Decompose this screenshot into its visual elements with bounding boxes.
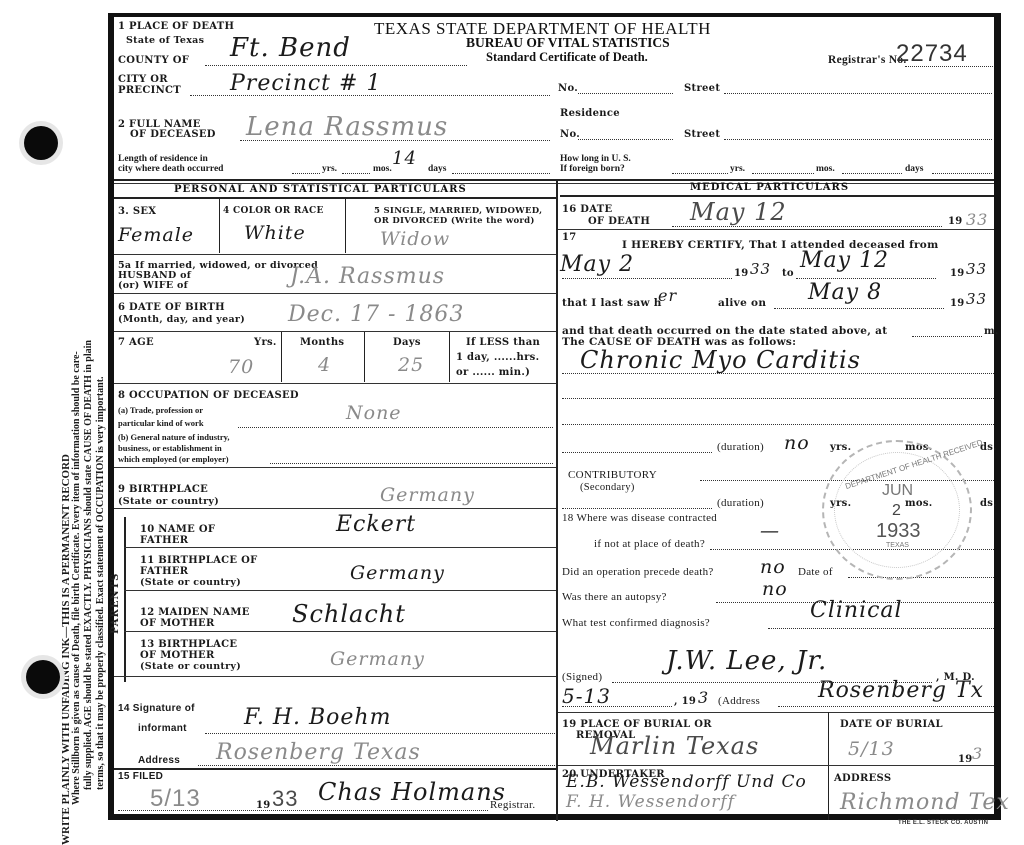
deceased-full-name: Lena Rassmus [246,112,448,142]
parents-label: PARENTS [110,573,121,634]
mother-name-label-1: 12 MAIDEN NAME [140,607,250,618]
city-street-label: Street [684,83,720,94]
informant-signature: F. H. Boehm [244,705,391,730]
county-label: COUNTY OF [118,55,189,66]
mother-birthplace-label-2: OF MOTHER [140,650,215,661]
attended-from-year: 33 [750,260,771,278]
form-name: Standard Certificate of Death. [486,50,648,65]
burial-place-label-1: 19 PLACE OF BURIAL OR [562,719,712,730]
age-years-value: 70 [228,356,254,378]
us-label-2: If foreign born? [560,164,625,175]
father-birthplace-value: Germany [350,562,445,584]
father-name-value: Eckert [336,512,416,537]
m-label: m. [984,326,999,337]
punch-hole-bottom [26,660,60,694]
undertaker-address-value: Richmond Tex [840,790,1010,815]
burial-year: 3 [972,744,983,763]
duration-value: no [784,432,810,454]
registrar-label: Registrar. [490,800,535,811]
physician-sign-date: 5-13 [562,684,611,708]
burial-date-value: 5/13 [848,738,895,760]
occupation-a-label-1: (a) Trade, profession or [118,405,203,416]
contributory-label-2: (Secondary) [580,482,635,493]
residence-label: Residence [560,108,620,119]
race-value: White [244,222,306,244]
autopsy-label: Was there an autopsy? [562,592,667,603]
father-birthplace-label-2: FATHER [140,566,188,577]
filed-year: 33 [272,786,298,812]
city-no-label: No. [558,83,578,94]
stamp-day: 2 [892,502,901,520]
informant-address-label: Address [138,755,180,766]
duration-ds-label-2: ds. [980,498,997,509]
registrar-number: 22734 [896,40,968,68]
us-yrs-label: yrs. [730,164,745,175]
father-name-label-1: 10 NAME OF [140,524,215,535]
spouse-value: J.A. Rassmus [290,264,445,289]
father-birthplace-label-3: (State or country) [140,577,241,588]
attended-to-19: 19 [950,268,965,279]
printer-imprint: THE E.L. STECK CO. AUSTIN [898,820,988,826]
item-17-label: 17 [562,232,577,243]
certify-text: I HEREBY CERTIFY, That I attended deceas… [622,240,939,251]
last-saw-year: 33 [966,290,987,308]
attended-from-19: 19 [734,268,749,279]
bureau-title: BUREAU OF VITAL STATISTICS [466,35,670,51]
dod-year: 33 [966,210,988,229]
residence-mos-value: 14 [392,148,417,169]
age-months-label: Months [300,337,344,348]
age-label: 7 AGE [118,337,154,348]
physician-sign-19: , 19 [674,696,696,707]
margin-instructions: WRITE PLAINLY WITH UNFADING INK—THIS IS … [0,0,108,845]
punch-hole-top [24,126,58,160]
occupation-value: None [346,402,402,424]
full-name-label-2: OF DECEASED [130,129,216,140]
dob-label-2: (Month, day, and year) [118,314,245,325]
mother-birthplace-value: Germany [330,648,425,670]
contracted-label-1: 18 Where was disease contracted [562,513,717,524]
alive-on-label: alive on [718,298,766,309]
contracted-value: — [760,520,780,542]
race-label: 4 COLOR OR RACE [223,206,324,217]
contributory-label-1: CONTRIBUTORY [568,470,657,481]
physician-address-label: (Address [718,696,760,707]
age-days-value: 25 [398,354,424,376]
us-mos-label: mos. [816,164,835,175]
undertaker-address-label: ADDRESS [834,773,891,784]
place-of-death-label: 1 PLACE OF DEATH [118,21,234,32]
dob-value: Dec. 17 - 1863 [288,302,464,327]
last-saw-pronoun: er [658,286,677,305]
occupation-b-label-1: (b) General nature of industry, [118,432,230,443]
to-label: to [782,268,794,279]
stamp-state: TEXAS [886,542,909,549]
mother-name-label-2: OF MOTHER [140,618,215,629]
informant-label-1: 14 Signature of [118,703,195,714]
physician-signature: J.W. Lee, Jr. [666,646,827,676]
date-of-death-value: May 12 [690,198,787,226]
birthplace-label-2: (State or country) [118,496,219,507]
age-yrs-label: Yrs. [254,337,277,348]
residence-yrs-label: yrs. [322,164,337,175]
operation-label: Did an operation precede death? [562,567,714,578]
age-less-label-2: 1 day, ......hrs. [456,352,539,363]
last-saw-19: 19 [950,298,965,309]
city-label-2: PRECINCT [118,85,181,96]
received-stamp: DEPARTMENT OF HEALTH RECEIVED JUN 2 1933… [822,440,972,580]
test-confirmed-value: Clinical [810,598,903,623]
medical-section-title: MEDICAL PARTICULARS [690,182,849,193]
us-days-label: days [905,164,923,175]
column-divider [556,181,558,821]
dod-label-2: OF DEATH [588,216,650,227]
duration-yrs-label-1: yrs. [830,442,851,453]
operation-date-label: Date of [798,567,833,578]
birthplace-label-1: 9 BIRTHPLACE [118,484,208,495]
undertaker-value-1: E.B. Wessendorff Und Co [566,772,807,792]
occupation-b-label-2: business, or establishment in [118,443,222,454]
margin-line-4: terms, so that it may be properly classi… [94,376,107,790]
informant-address-value: Rosenberg Texas [216,740,421,765]
father-birthplace-label-1: 11 BIRTHPLACE OF [140,555,258,566]
burial-19: 19 [958,754,973,765]
mother-maiden-name-value: Schlacht [292,600,406,628]
autopsy-value: no [762,578,788,600]
us-label-1: How long in U. S. [560,154,631,165]
registrar-no-label: Registrar's No. [828,55,907,66]
signed-label: (Signed) [562,672,602,683]
physician-sign-year: 3 [698,688,709,707]
sex-label: 3. SEX [118,206,156,217]
county-value: Ft. Bend [230,33,351,63]
city-label-1: CITY OR [118,74,168,85]
father-name-label-2: FATHER [140,535,188,546]
occupation-label: 8 OCCUPATION OF DECEASED [118,390,299,401]
city-value: Precinct # 1 [230,71,381,96]
burial-date-label: DATE OF BURIAL [840,719,943,730]
age-less-label-3: or ...... min.) [456,367,530,378]
marital-label-2: OR DIVORCED (Write the word) [374,216,535,227]
physician-address-value: Rosenberg Tx [818,678,984,703]
filed-date: 5/13 [150,785,201,813]
mother-birthplace-label-1: 13 BIRTHPLACE [140,639,237,650]
occupation-a-label-2: particular kind of work [118,418,204,429]
sex-value: Female [118,224,194,246]
last-saw-date: May 8 [808,280,882,305]
personal-section-title: PERSONAL AND STATISTICAL PARTICULARS [174,184,467,195]
informant-label-2: informant [138,723,187,734]
stamp-month: JUN [882,482,913,500]
residence-mos-label: mos. [373,164,392,175]
burial-place-value: Marlin Texas [590,732,759,760]
age-less-label-1: If LESS than [466,337,540,348]
dob-label-1: 6 DATE OF BIRTH [118,302,225,313]
test-confirmed-label: What test confirmed diagnosis? [562,618,710,629]
spouse-label-3: (or) WIFE of [118,280,188,291]
cause-of-death-value: Chronic Myo Carditis [580,346,861,374]
mother-birthplace-label-3: (State or country) [140,661,241,672]
dod-label-1: 16 DATE [562,204,612,215]
birthplace-value: Germany [380,484,475,506]
stamp-year: 1933 [876,520,921,543]
attended-to-year: 33 [966,260,987,278]
marital-value: Widow [380,228,450,250]
duration-label-1: (duration) [717,442,764,453]
residence-length-label-2: city where death occurred [118,164,223,175]
age-months-value: 4 [318,354,331,376]
filed-label: 15 FILED [118,771,163,782]
occupation-b-label-3: which employed (or employer) [118,454,229,465]
operation-value: no [760,556,786,578]
age-days-label: Days [393,337,421,348]
attended-from-value: May 2 [560,252,634,277]
last-saw-label: that I last saw h [562,298,662,309]
registrar-signature: Chas Holmans [318,778,506,806]
residence-street-label: Street [684,129,720,140]
attended-to-value: May 12 [800,248,889,273]
filed-19: 19 [256,800,271,811]
residence-days-label: days [428,164,446,175]
state-label: State of Texas [126,35,204,46]
dod-19: 19 [948,216,963,227]
residence-length-label-1: Length of residence in [118,154,208,165]
undertaker-value-2: F. H. Wessendorff [566,792,735,812]
duration-label-2: (duration) [717,498,764,509]
contracted-label-2: if not at place of death? [594,539,705,550]
